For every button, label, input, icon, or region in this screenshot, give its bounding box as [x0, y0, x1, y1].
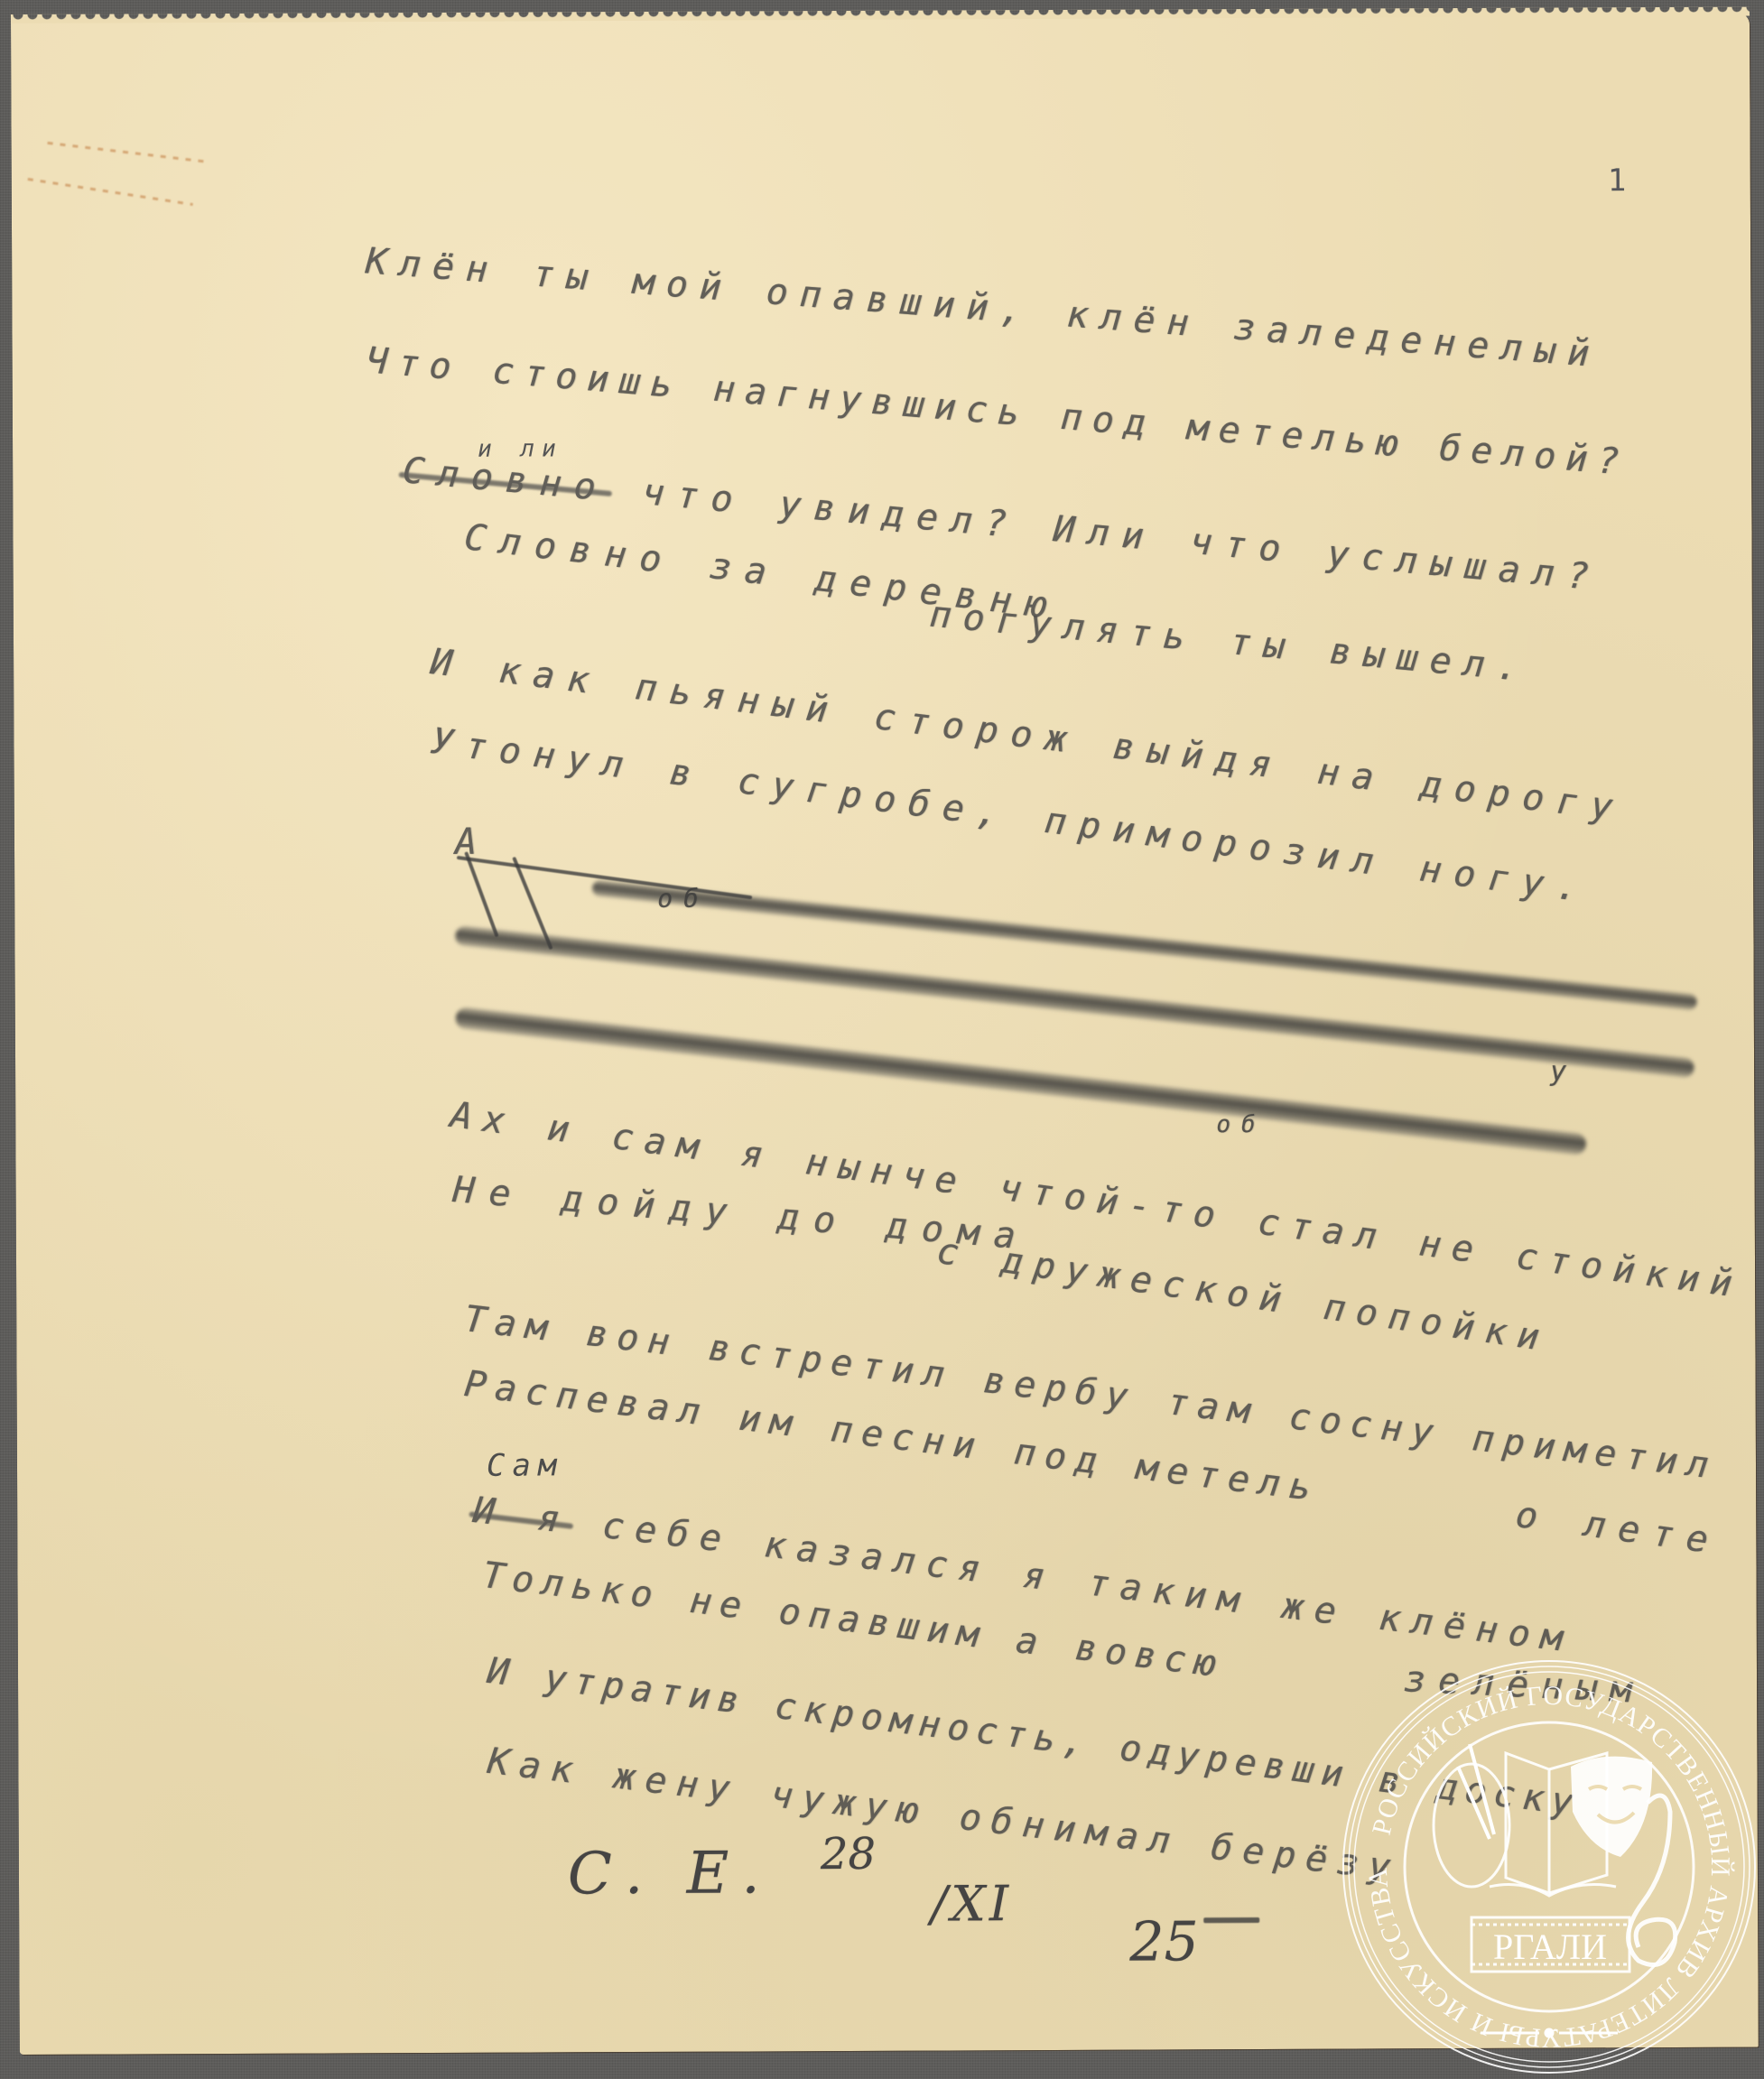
- signature-day: 28: [821, 1829, 876, 1879]
- struck-fragment: об: [1216, 1111, 1266, 1138]
- signature-year: 25: [1129, 1910, 1199, 1973]
- signature-initials: С. Е.: [568, 1840, 773, 1907]
- margin-mark: [47, 142, 209, 163]
- struck-fragment: А: [455, 821, 487, 863]
- struck-line: [454, 925, 1694, 1079]
- margin-mark: [28, 178, 193, 206]
- insertion-above: Сам: [487, 1447, 564, 1483]
- poem-line: Словно что увидел? Или что услышал?: [401, 450, 1603, 599]
- page-number: 1: [1608, 162, 1627, 199]
- poem-line: погулять ты вышел.: [928, 594, 1532, 691]
- signature-month-text: XI: [951, 1875, 1012, 1932]
- seal-abbreviation: РГАЛИ: [1493, 1926, 1607, 1967]
- signature-month: /XI: [931, 1875, 1012, 1932]
- signature-underline: [1203, 1917, 1259, 1923]
- struck-fragment: об: [657, 884, 710, 914]
- struck-word: Словно: [401, 450, 610, 509]
- perforated-top-edge: [11, 7, 1750, 23]
- archive-seal-icon: РОССИЙСКИЙ ГОСУДАРСТВЕННЫЙ АРХИВ ЛИТЕРАТ…: [1336, 1654, 1762, 2079]
- struck-fragment: у: [1550, 1055, 1577, 1087]
- poem-line: о лете: [1513, 1494, 1723, 1563]
- struck-word: И я: [471, 1490, 573, 1542]
